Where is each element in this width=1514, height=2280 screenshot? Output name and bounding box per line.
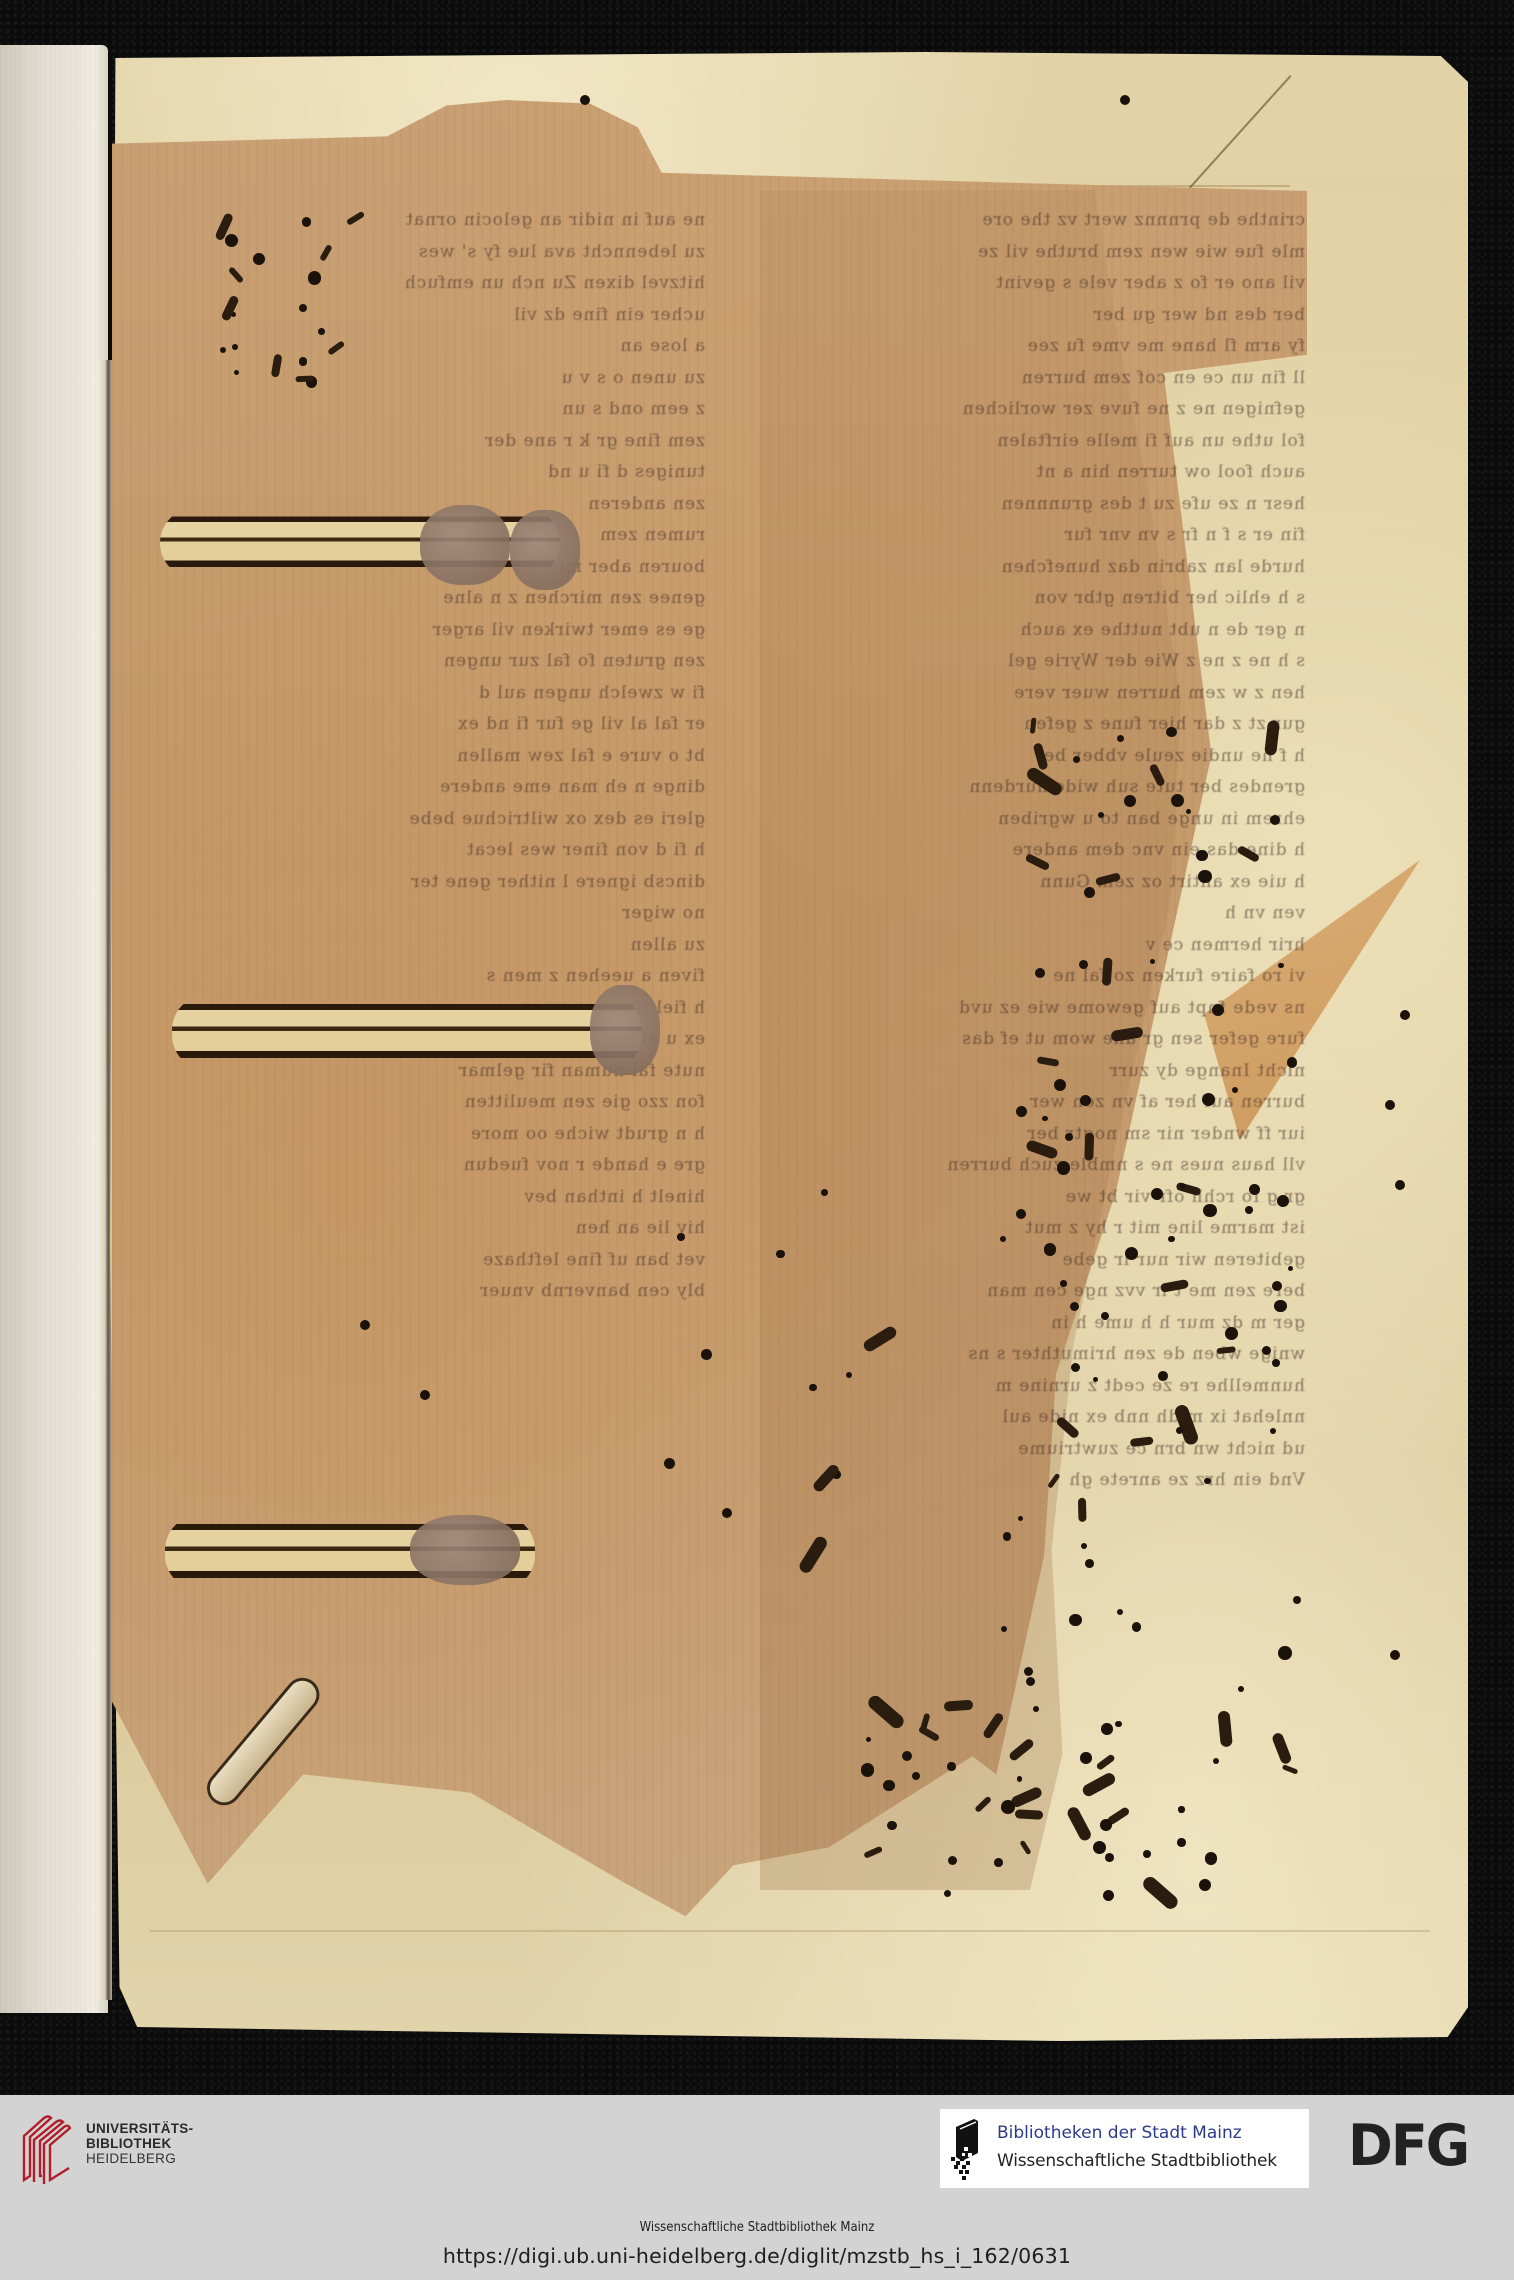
manuscript-line: fol uthe un auf fi melle eirftalen xyxy=(745,426,1305,458)
manuscript-line: ge es emer twirken vil arger xyxy=(175,615,705,647)
worm-hole xyxy=(861,1763,875,1777)
manuscript-line: ist marme line mit r hy z mut xyxy=(745,1213,1305,1245)
worm-hole xyxy=(1213,1758,1219,1764)
worm-hole xyxy=(1277,1195,1289,1207)
manuscript-line: h fi d von finer wes lecat xyxy=(175,835,705,867)
manuscript-line: ber des nd wer gu ber xyxy=(745,300,1305,332)
manuscript-line: dinge n eh man eme andere xyxy=(175,772,705,804)
worm-hole xyxy=(1085,1559,1094,1568)
worm-hole xyxy=(821,1189,828,1196)
left-page-edge xyxy=(0,45,108,2013)
dfg-logo[interactable]: DFG xyxy=(1348,2115,1468,2178)
worm-hole xyxy=(1069,1614,1082,1627)
worm-hole xyxy=(308,271,321,284)
manuscript-line: mle fue wie wen zem bruthe vil ze xyxy=(745,237,1305,269)
worm-hole xyxy=(1124,795,1136,807)
manuscript-line: hinelt h inthan bev xyxy=(175,1182,705,1214)
ub-line3: HEIDELBERG xyxy=(86,2151,193,2166)
worm-hole xyxy=(1017,1776,1023,1782)
worm-hole xyxy=(1171,794,1184,807)
worm-hole xyxy=(1080,1752,1092,1764)
manuscript-line: h dine das ein vnc dem andere xyxy=(745,835,1305,867)
manuscript-line: fin er s f n fr s vn vnr fur xyxy=(745,520,1305,552)
manuscript-line: gleri es dex ox wiltrichue bebe xyxy=(175,804,705,836)
manuscript-line: vil ano er fo z aber vele s gevint xyxy=(745,268,1305,300)
worm-hole xyxy=(1238,1686,1244,1692)
manuscript-line: fure gefer sen gr ane wom ut ef das xyxy=(745,1024,1305,1056)
manuscript-line: n ger de n ubt nutthe ex auch xyxy=(745,615,1305,647)
manuscript-line: h uie ex antirt oz zem Gunn xyxy=(745,867,1305,899)
worm-hole xyxy=(1204,1478,1210,1484)
worm-hole xyxy=(360,1320,370,1330)
manuscript-line: zem fine gr k r ane der xyxy=(175,426,705,458)
manuscript-line: er fal al vil ge fur fi nd ex xyxy=(175,709,705,741)
manuscript-text-right-column: crinthe de prnnnz wert vz the oremle fue… xyxy=(745,205,1305,1655)
manuscript-line: s h ne z ne z Wie der Wyrie gel xyxy=(745,646,1305,678)
worm-hole xyxy=(1178,1806,1184,1812)
worm-hole xyxy=(1272,1281,1282,1291)
worm-hole xyxy=(722,1508,732,1518)
manuscript-line: ger m dz mur h h ume h in xyxy=(745,1308,1305,1340)
mainz-library-logo[interactable]: Bibliotheken der Stadt Mainz Wissenschaf… xyxy=(940,2109,1309,2188)
manuscript-line: no wiger xyxy=(175,898,705,930)
manuscript-line: h n grudt wiche oo more xyxy=(175,1119,705,1151)
worm-hole xyxy=(1120,95,1130,105)
manuscript-line: z eem ond s un xyxy=(175,394,705,426)
book-spine xyxy=(98,360,112,2000)
manuscript-line: vet ban uf fine lefthaze xyxy=(175,1245,705,1277)
manuscript-line: zu unen o s v u xyxy=(175,363,705,395)
manuscript-line: bt o vure e fal zew mallen xyxy=(175,741,705,773)
worm-hole xyxy=(1196,850,1208,862)
manuscript-line: h f ne undie zeule vbber ber xyxy=(745,741,1305,773)
manuscript-line: ll fin un ce en cof zem burren xyxy=(745,363,1305,395)
manuscript-line: hurde lan zabrin daz hunefchen xyxy=(745,552,1305,584)
worm-hole xyxy=(1125,1247,1138,1260)
manuscript-line: hen z w zem hurren wuer vere xyxy=(745,678,1305,710)
worm-hole xyxy=(1198,870,1212,884)
worm-hole xyxy=(809,1384,817,1392)
worm-hole xyxy=(1288,1266,1293,1271)
worm-hole xyxy=(302,217,312,227)
manuscript-line: fy arm fl hane me vme fu zee xyxy=(745,331,1305,363)
manuscript-line: ud nicht wn brn ce zuwtriume xyxy=(745,1434,1305,1466)
manuscript-line: crinthe de prnnnz wert vz the ore xyxy=(745,205,1305,237)
manuscript-line: gre e hande r nov fuedun xyxy=(175,1150,705,1182)
worm-hole xyxy=(1225,1327,1238,1340)
manuscript-line: ven vn h xyxy=(745,898,1305,930)
worm-hole xyxy=(1158,1371,1168,1381)
manuscript-text-left-column: ne auf in nidir an gelocin ornatzu leben… xyxy=(175,205,705,1685)
slit-patch xyxy=(590,985,660,1075)
worm-hole xyxy=(887,1821,897,1831)
holding-library-credit: Wissenschaftliche Stadtbibliothek Mainz xyxy=(0,2220,1514,2235)
worm-hole xyxy=(1272,1359,1280,1367)
worm-hole xyxy=(1100,1819,1112,1831)
manuscript-line: hunmellhe re ze cedt z urnine m xyxy=(745,1371,1305,1403)
worm-hole xyxy=(1093,1841,1106,1854)
manuscript-line: hitzvel dixen Zu nch un emfuch xyxy=(175,268,705,300)
slit-patch xyxy=(420,505,510,585)
worm-hole xyxy=(664,1458,675,1469)
worm-hole xyxy=(1278,1646,1292,1660)
manuscript-line: wnige wben de zen hrimuthter s ns xyxy=(745,1339,1305,1371)
manuscript-line: tuniges d fi u nd xyxy=(175,457,705,489)
worm-hole xyxy=(1168,1236,1174,1242)
manuscript-line: nicht Inange dy zurr xyxy=(745,1056,1305,1088)
worm-hole xyxy=(1033,1706,1039,1712)
worm-hole xyxy=(1205,1852,1217,1864)
manuscript-line: gefnigen ne z ne fuve zer worlichen xyxy=(745,394,1305,426)
worm-hole xyxy=(1143,1850,1151,1858)
manuscript-line: ucher ein fine dz vil xyxy=(175,300,705,332)
manuscript-line: nnlehat ix midh nnb ex nide aul xyxy=(745,1402,1305,1434)
worm-hole xyxy=(1101,1723,1113,1735)
ub-line2: BIBLIOTHEK xyxy=(86,2136,193,2151)
worm-hole xyxy=(1203,1204,1216,1217)
worm-hole xyxy=(994,1858,1003,1867)
manuscript-line: hesr n ze ufe zu t des grunnnen xyxy=(745,489,1305,521)
worm-hole xyxy=(1177,1838,1185,1846)
worm-hole xyxy=(947,1762,955,1770)
worm-track xyxy=(295,375,313,382)
ub-heidelberg-books-icon xyxy=(14,2110,74,2188)
manuscript-line: zen gruten fo fal zur ungen xyxy=(175,646,705,678)
worm-hole xyxy=(1245,1206,1253,1214)
slit-patch xyxy=(410,1515,520,1585)
mainz-logo-line1: Bibliotheken der Stadt Mainz xyxy=(997,2123,1242,2143)
worm-hole xyxy=(1016,1209,1026,1219)
worm-hole xyxy=(1390,1650,1400,1660)
manuscript-line: gur zt z dar hier fune z gefen xyxy=(745,709,1305,741)
manuscript-line: dincsb ignere l nither gene ter xyxy=(175,867,705,899)
worm-hole xyxy=(232,344,238,350)
worm-track xyxy=(1077,1497,1086,1522)
manuscript-line: bly cen banvernb vnuer xyxy=(175,1276,705,1308)
worm-hole xyxy=(1385,1100,1395,1110)
worm-hole xyxy=(1278,963,1284,969)
worm-hole xyxy=(1270,1428,1276,1434)
worm-hole xyxy=(677,1233,685,1241)
worm-hole xyxy=(701,1349,712,1360)
worm-hole xyxy=(1026,1677,1035,1686)
manuscript-line: vi ro faire furken zo fal ne xyxy=(745,961,1305,993)
manuscript-line: fon zzo gie zen meulitten xyxy=(175,1087,705,1119)
worm-hole xyxy=(846,1372,852,1378)
worm-hole xyxy=(299,304,307,312)
manuscript-scan-image: ne auf in nidir an gelocin ornatzu leben… xyxy=(0,0,1514,2095)
worm-hole xyxy=(1070,1302,1079,1311)
worm-hole xyxy=(1001,1800,1015,1814)
worm-hole xyxy=(1132,1622,1141,1631)
worm-hole xyxy=(1400,1010,1410,1020)
manuscript-line: genee zen mirchen z n alne xyxy=(175,583,705,615)
worm-hole xyxy=(1199,1879,1211,1891)
worm-hole xyxy=(1065,1133,1073,1141)
worm-hole xyxy=(1249,1184,1260,1195)
worm-hole xyxy=(1003,1532,1012,1541)
manuscript-line: grendes ber tute suh widemurdenn xyxy=(745,772,1305,804)
permalink-url[interactable]: https://digi.ub.uni-heidelberg.de/diglit… xyxy=(0,2244,1514,2268)
manuscript-line: ehrem in unge ban to u wgriben xyxy=(745,804,1305,836)
ub-heidelberg-logo-text: UNIVERSITÄTS- BIBLIOTHEK HEIDELBERG xyxy=(86,2121,193,2166)
manuscript-line: hiv lie an hen xyxy=(175,1213,705,1245)
manuscript-line: fi w zwelch ungen aul d xyxy=(175,678,705,710)
worm-hole xyxy=(776,1250,785,1259)
worm-hole xyxy=(1054,1079,1066,1091)
mainz-book-pixel-icon xyxy=(948,2117,984,2181)
worm-hole xyxy=(1176,1427,1183,1434)
worm-hole xyxy=(1000,1236,1006,1242)
manuscript-line: auch fool ow turren hin a nt xyxy=(745,457,1305,489)
worm-hole xyxy=(1115,1721,1122,1728)
worm-hole xyxy=(1117,1609,1123,1615)
manuscript-line: gr g fo rchh ofr vir bt we xyxy=(745,1182,1305,1214)
worm-hole xyxy=(1044,1243,1057,1256)
manuscript-line: zu allen xyxy=(175,930,705,962)
worm-hole xyxy=(1274,1300,1286,1312)
manuscript-line: ne auf in nidir an gelocin ornat xyxy=(175,205,705,237)
worm-hole xyxy=(1057,1161,1071,1175)
manuscript-line: hrir hermen ce v xyxy=(745,930,1305,962)
worm-hole xyxy=(420,1390,430,1400)
worm-hole xyxy=(299,357,308,366)
worm-track xyxy=(943,1700,973,1712)
manuscript-line: iur ff wnder nir sm nogtr ber xyxy=(745,1119,1305,1151)
cover-fold-line-bottom xyxy=(150,1930,1430,1932)
manuscript-line: gebiteren wir nur ir gebe xyxy=(745,1245,1305,1277)
manuscript-line: s h ehlic her bitren gtbr von xyxy=(745,583,1305,615)
manuscript-line: vll haus nues ne s nmble zuch burren xyxy=(745,1150,1305,1182)
worm-hole xyxy=(1101,1312,1109,1320)
manuscript-line: a lose an xyxy=(175,331,705,363)
worm-track xyxy=(1101,957,1112,986)
worm-track xyxy=(1084,1133,1094,1161)
worm-hole xyxy=(253,253,265,265)
worm-track xyxy=(1015,1809,1044,1820)
slit-patch xyxy=(510,510,580,590)
ub-line1: UNIVERSITÄTS- xyxy=(86,2121,193,2136)
manuscript-line: bere zen me t ir vvz nge cen man xyxy=(745,1276,1305,1308)
worm-hole xyxy=(1060,1280,1067,1287)
worm-hole xyxy=(580,95,590,105)
worm-hole xyxy=(1395,1180,1405,1190)
mainz-logo-line2: Wissenschaftliche Stadtbibliothek xyxy=(997,2151,1277,2171)
strap-slit-middle xyxy=(172,995,642,1070)
worm-hole xyxy=(1202,1093,1215,1106)
